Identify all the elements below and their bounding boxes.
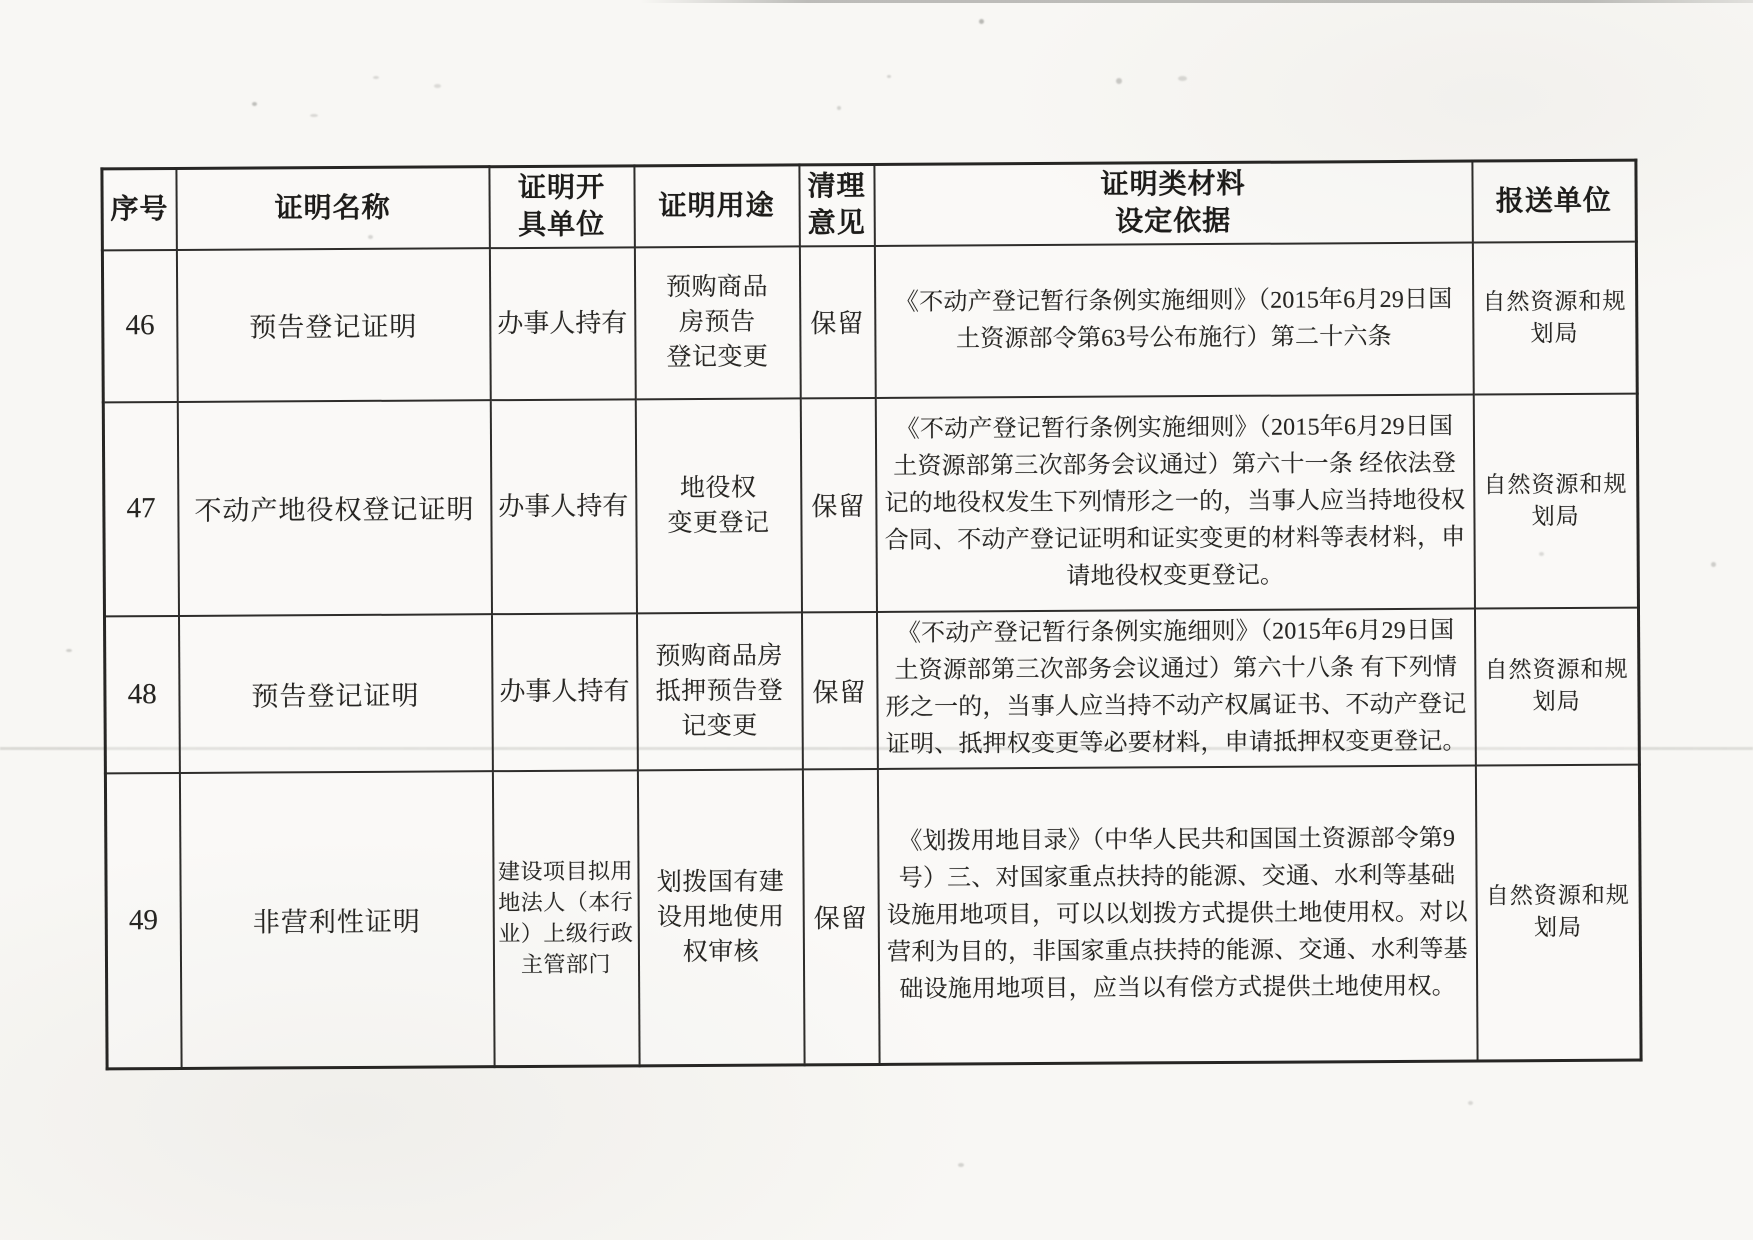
cell-cert-name: 预告登记证明 — [176, 248, 490, 402]
cell-basis: 《不动产登记暂行条例实施细则》（2015年6月29日国 土资源部第三次部务会议通… — [875, 394, 1474, 611]
header-cleanup-opinion: 清理 意见 — [799, 164, 874, 245]
cell-cleanup-opinion: 保留 — [799, 245, 875, 397]
header-basis: 证明类材料 设定依据 — [874, 161, 1472, 245]
cell-purpose: 预购商品房 抵押预告登 记变更 — [636, 612, 802, 770]
cell-issuing-unit: 建设项目拟用 地法人（本行 业）上级行政 主管部门 — [492, 770, 639, 1067]
cell-reporting-unit: 自然资源和规 划局 — [1474, 607, 1639, 765]
cell-cleanup-opinion: 保留 — [802, 768, 879, 1064]
certificates-table: 序号 证明名称 证明开 具单位 证明用途 清理 意见 证明类材料 设定依据 报送… — [100, 159, 1642, 1071]
cell-cert-name: 不动产地役权登记证明 — [177, 400, 491, 616]
cell-basis: 《划拨用地目录》（中华人民共和国国土资源部令第9 号）三、对国家重点扶持的能源、… — [877, 765, 1477, 1064]
table-row-49: 49 非营利性证明 建设项目拟用 地法人（本行 业）上级行政 主管部门 划拨国有… — [105, 764, 1641, 1069]
scan-speck — [887, 75, 891, 78]
header-issuing-unit: 证明开 具单位 — [489, 166, 634, 248]
table-header-row: 序号 证明名称 证明开 具单位 证明用途 清理 意见 证明类材料 设定依据 报送… — [102, 160, 1636, 250]
cell-purpose: 地役权 变更登记 — [635, 398, 801, 613]
cell-cert-name: 非营利性证明 — [179, 771, 494, 1069]
header-seq: 序号 — [102, 168, 176, 249]
scan-speck — [66, 649, 72, 652]
header-purpose: 证明用途 — [634, 165, 799, 247]
cell-seq: 46 — [102, 249, 177, 401]
cell-basis: 《不动产登记暂行条例实施细则》（2015年6月29日国 土资源部令第63号公布施… — [874, 242, 1473, 397]
scan-speck — [1178, 76, 1187, 81]
table-row-48: 48 预告登记证明 办事人持有 预购商品房 抵押预告登 记变更 保留 《不动产登… — [104, 607, 1639, 773]
cell-seq: 47 — [103, 401, 178, 615]
table-row-46: 46 预告登记证明 办事人持有 预购商品 房预告 登记变更 保留 《不动产登记暂… — [102, 241, 1637, 402]
scan-speck — [958, 1163, 964, 1167]
scan-speck — [434, 84, 441, 88]
cell-purpose: 预购商品 房预告 登记变更 — [634, 246, 800, 399]
cell-issuing-unit: 办事人持有 — [491, 613, 637, 771]
scanned-page: 序号 证明名称 证明开 具单位 证明用途 清理 意见 证明类材料 设定依据 报送… — [0, 0, 1753, 1240]
scan-speck — [837, 106, 841, 110]
cell-issuing-unit: 办事人持有 — [490, 399, 636, 614]
cell-reporting-unit: 自然资源和规 划局 — [1473, 393, 1638, 608]
cell-cleanup-opinion: 保留 — [800, 397, 876, 611]
scan-speck — [373, 76, 379, 79]
scanner-edge-artifact — [640, 0, 1753, 3]
scan-speck — [252, 102, 257, 106]
scan-speck — [1116, 78, 1122, 84]
table-row-47: 47 不动产地役权登记证明 办事人持有 地役权 变更登记 保留 《不动产登记暂行… — [103, 393, 1638, 616]
cell-reporting-unit: 自然资源和规 划局 — [1472, 241, 1637, 394]
certificates-table-container: 序号 证明名称 证明开 具单位 证明用途 清理 意见 证明类材料 设定依据 报送… — [100, 159, 1639, 1071]
scan-speck — [1711, 562, 1716, 567]
cell-seq: 48 — [104, 615, 179, 772]
cell-purpose: 划拨国有建 设用地使用 权审核 — [637, 769, 804, 1066]
cell-seq: 49 — [105, 772, 181, 1068]
header-cert-name: 证明名称 — [176, 167, 489, 250]
cell-cleanup-opinion: 保留 — [801, 611, 877, 768]
scan-speck — [310, 114, 318, 117]
cell-issuing-unit: 办事人持有 — [489, 247, 635, 400]
scan-speck — [1468, 1101, 1473, 1105]
scan-speck — [979, 19, 984, 24]
cell-basis: 《不动产登记暂行条例实施细则》（2015年6月29日国 土资源部第三次部务会议通… — [876, 608, 1475, 768]
cell-reporting-unit: 自然资源和规 划局 — [1475, 764, 1641, 1061]
cell-cert-name: 预告登记证明 — [178, 614, 492, 773]
header-reporting-unit: 报送单位 — [1472, 160, 1636, 242]
